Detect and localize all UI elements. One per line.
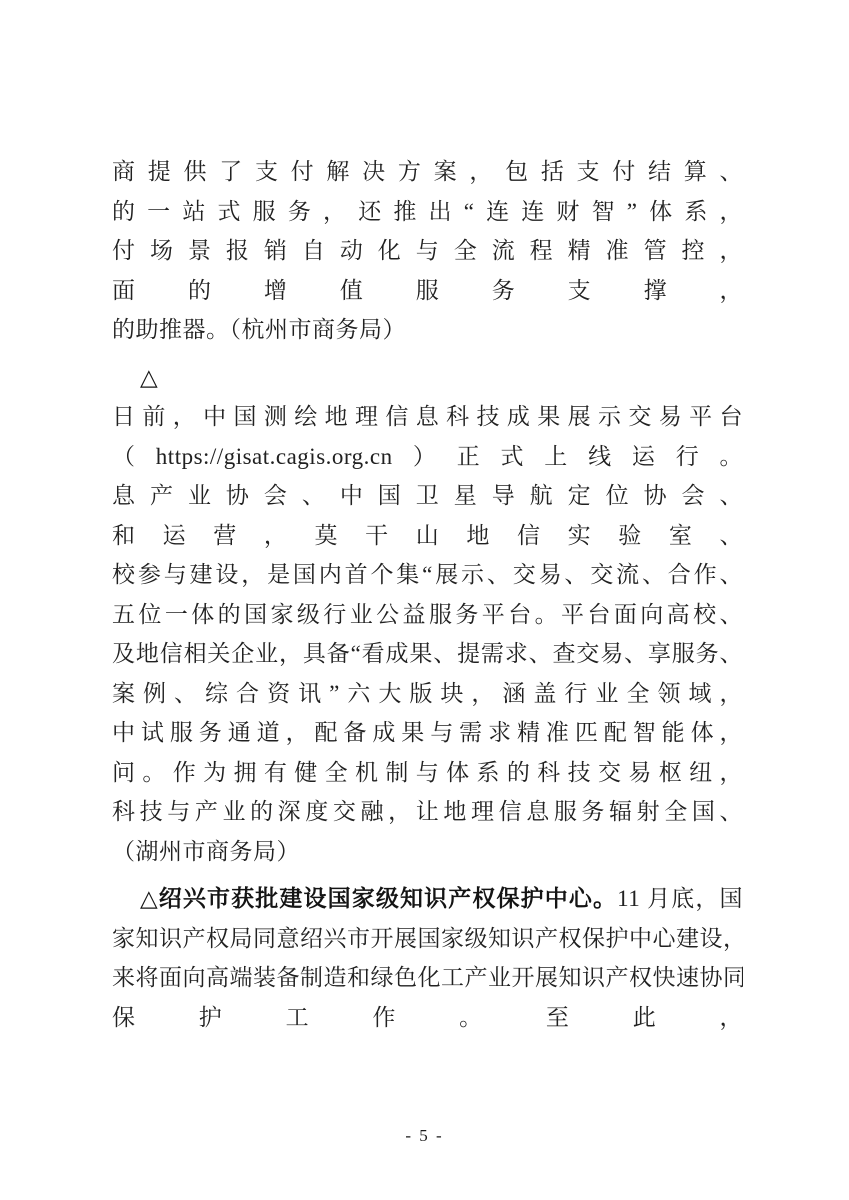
text-line: 及地信相关企业，具备“看成果、提需求、查交易、享服务、找 [112,634,743,674]
heading-text: △绍兴市获批建设国家级知识产权保护中心。 [140,886,617,911]
text-segment: 及地信相关企业，具备“看成果、提需求、查交易、享服务、找 [112,641,743,674]
page-number: - 5 - [0,1126,849,1146]
text-line: （湖州市商务局） [112,832,743,872]
text-line: （https://gisat.cagis.org.cn）正式上线运行。该平台由中… [112,437,743,477]
text-segment: 的助推器。（杭州市商务局） [112,317,406,342]
text-segment: （湖州市商务局） [112,839,300,864]
text-line: 息产业协会、中国卫星导航定位协会、德清县人民政府共同建设 [112,476,743,516]
text-line: △绍兴市获批建设国家级知识产权保护中心。11 月底，国 [112,879,743,919]
text-segment: 的一站式服务，还推出“连连财智”体系，提供覆盖多种跨境支 [112,199,743,232]
text-line: 校参与建设，是国内首个集“展示、交易、交流、合作、共享” [112,555,743,595]
text-line: 问。作为拥有健全机制与体系的科技交易枢纽，平台正全力推动 [112,753,743,793]
text-line: 科技与产业的深度交融，让地理信息服务辐射全国、走向世界。 [112,792,743,832]
paragraph: △绍兴市获批建设国家级知识产权保护中心。11 月底，国家知识产权局同意绍兴市开展… [112,879,743,1037]
document-body: 商提供了支付解决方案，包括支付结算、智能分账到数字化营销的一站式服务，还推出“连… [112,152,743,1037]
text-segment: 日前，中国测绘地理信息科技成果展示交易平台 [112,404,743,429]
text-line: 案例、综合资讯”六大版块，涵盖行业全领域，开设股权交易、 [112,674,743,714]
text-line: 的助推器。（杭州市商务局） [112,310,743,350]
text-segment: 五位一体的国家级行业公益服务平台。平台面向高校、科研机构 [112,602,743,635]
text-line: 保护工作。至此，全国在建和已建成运行的国家级知识产权保护 [112,998,743,1038]
text-segment: 中试服务通道，配备成果与需求精准匹配智能体，支持中英文访 [112,720,743,753]
text-line: 商提供了支付解决方案，包括支付结算、智能分账到数字化营销 [112,152,743,192]
text-line: 来将面向高端装备制造和绿色化工产业开展知识产权快速协同 [112,958,743,998]
text-segment: 息产业协会、中国卫星导航定位协会、德清县人民政府共同建设 [112,483,743,516]
url-text-line: （https://gisat.cagis.org.cn）正式上线运行。该平台由中… [112,444,743,477]
heading-text: △中国测绘地理信息科技成果展示交易平台正式上线运行。 [112,365,743,398]
text-segment: 商提供了支付解决方案，包括支付结算、智能分账到数字化营销 [112,159,743,192]
text-line: 中试服务通道，配备成果与需求精准匹配智能体，支持中英文访 [112,713,743,753]
paragraph: 商提供了支付解决方案，包括支付结算、智能分账到数字化营销的一站式服务，还推出“连… [112,152,743,350]
text-segment: 校参与建设，是国内首个集“展示、交易、交流、合作、共享” [112,562,743,595]
text-segment: 问。作为拥有健全机制与体系的科技交易枢纽，平台正全力推动 [112,760,743,793]
document-page: 商提供了支付解决方案，包括支付结算、智能分账到数字化营销的一站式服务，还推出“连… [0,0,849,1200]
text-segment: 付场景报销自动化与全流程精准管控，为企业出海提供便捷、全 [112,238,743,271]
text-line: 面的增值服务支撑，成为杭州乃至全浙江数字经济链接全球市场 [112,271,743,311]
text-line: 家知识产权局同意绍兴市开展国家级知识产权保护中心建设，未 [112,919,743,959]
text-line: 付场景报销自动化与全流程精准管控，为企业出海提供便捷、全 [112,231,743,271]
text-line: 日前，中国测绘地理信息科技成果展示交易平台 [112,397,743,437]
text-segment: 11 月底，国 [617,886,743,911]
text-line: △中国测绘地理信息科技成果展示交易平台正式上线运行。 [112,358,743,398]
text-segment: 来将面向高端装备制造和绿色化工产业开展知识产权快速协同 [112,965,743,990]
text-segment: 科技与产业的深度交融，让地理信息服务辐射全国、走向世界。 [112,799,743,832]
text-segment: 保护工作。至此，全国在建和已建成运行的国家级知识产权保护 [112,1005,743,1038]
text-segment: 和运营，莫干山地信实验室、中国测绘科学研究院等多所科研院 [112,523,743,556]
text-segment: 案例、综合资讯”六大版块，涵盖行业全领域，开设股权交易、 [112,681,743,714]
paragraph: △中国测绘地理信息科技成果展示交易平台正式上线运行。日前，中国测绘地理信息科技成… [112,358,743,872]
text-segment: 面的增值服务支撑，成为杭州乃至全浙江数字经济链接全球市场 [112,278,743,311]
text-segment: 家知识产权局同意绍兴市开展国家级知识产权保护中心建设，未 [112,926,743,959]
text-line: 和运营，莫干山地信实验室、中国测绘科学研究院等多所科研院 [112,516,743,556]
text-line: 的一站式服务，还推出“连连财智”体系，提供覆盖多种跨境支 [112,192,743,232]
text-line: 五位一体的国家级行业公益服务平台。平台面向高校、科研机构 [112,595,743,635]
